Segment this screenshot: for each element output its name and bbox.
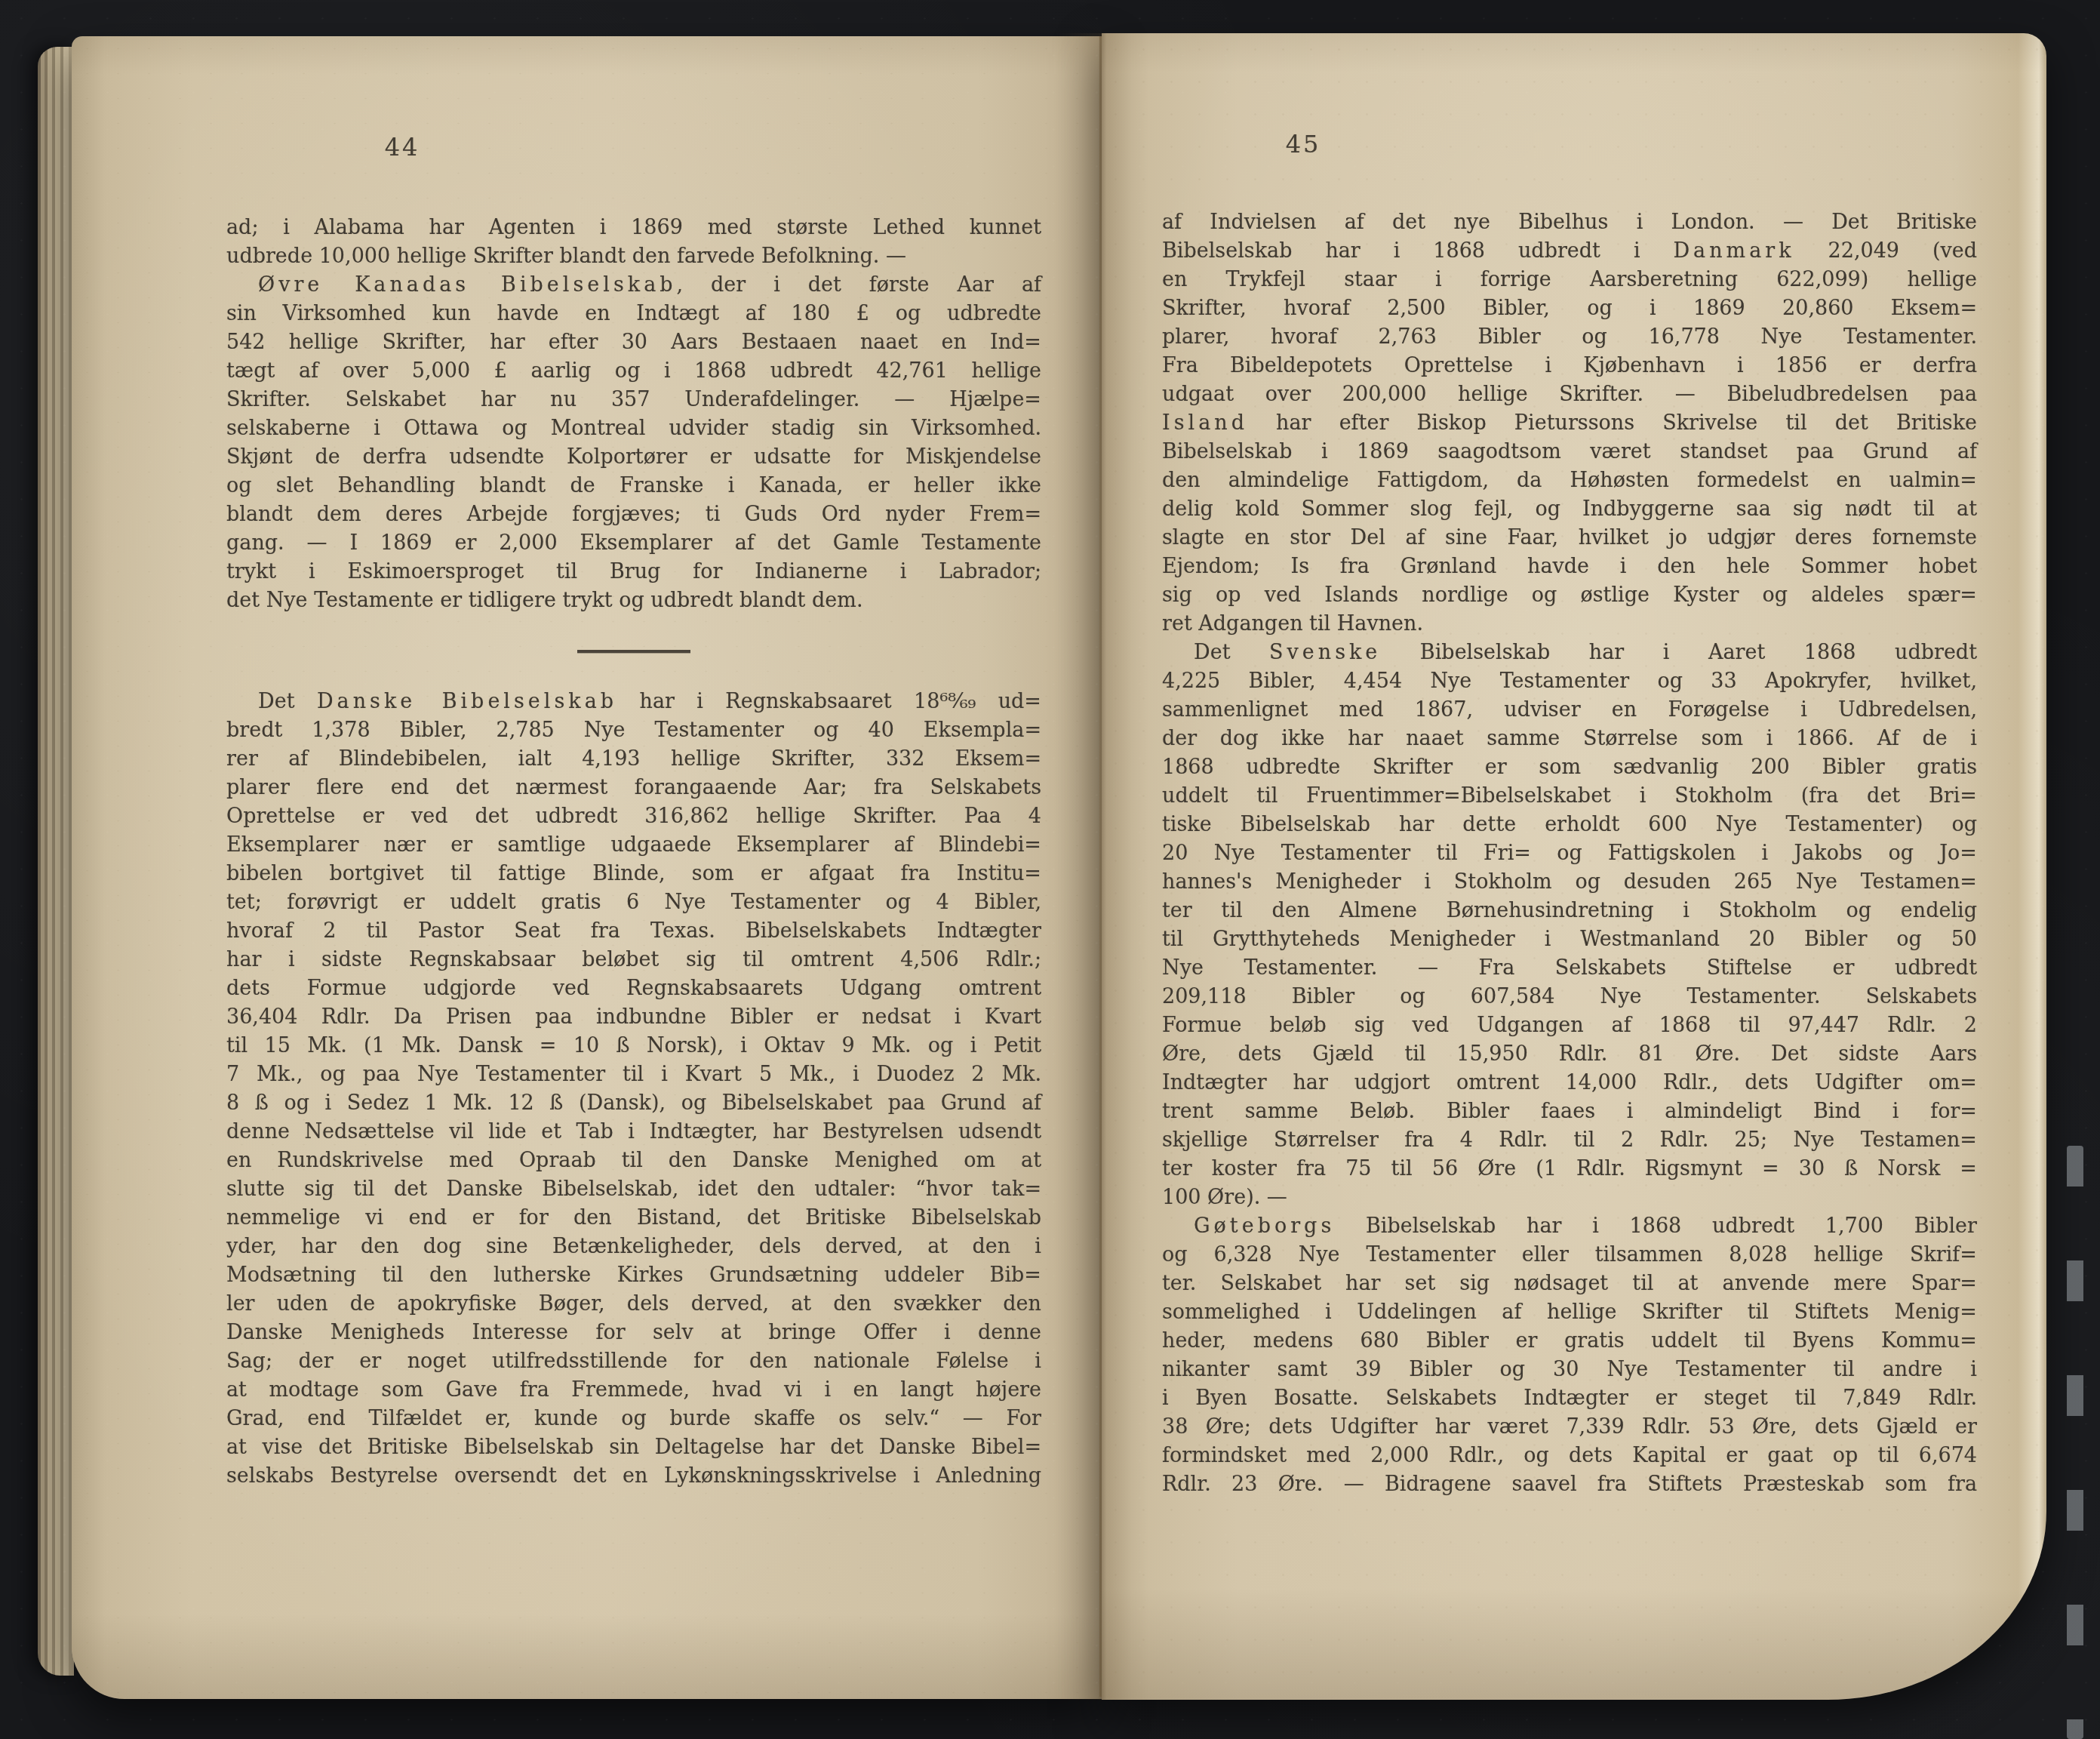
text-line: tet; forøvrigt er uddelt gratis 6 Nye Te…	[226, 888, 1041, 917]
text-line: ret Adgangen til Havnen.	[1162, 610, 1977, 639]
text-line: ad; i Alabama har Agenten i 1869 med stø…	[226, 214, 1041, 242]
text-line: og 6,328 Nye Testamenter eller tilsammen…	[1162, 1241, 1977, 1270]
text-line: Skrifter. Selskabet har nu 357 Underafde…	[226, 386, 1041, 414]
text-line: en Trykfejl staar i forrige Aarsberetnin…	[1162, 266, 1977, 294]
text-line: 36,404 Rdlr. Da Prisen paa indbundne Bib…	[226, 1003, 1041, 1032]
text-line: af Indvielsen af det nye Bibelhus i Lond…	[1162, 208, 1977, 237]
text-line: til 15 Mk. (1 Mk. Dansk = 10 ß Norsk), i…	[226, 1032, 1041, 1060]
letterspaced-name: Danske Bibelselskab	[317, 690, 617, 713]
text-line: yder, har den dog sine Betænkeligheder, …	[226, 1233, 1041, 1261]
text-line: at vise det Britiske Bibelselskab sin De…	[226, 1433, 1041, 1462]
text-line: Gøteborgs Bibelselskab har i 1868 udbred…	[1162, 1212, 1977, 1241]
text-column-right: af Indvielsen af det nye Bibelhus i Lond…	[1162, 208, 1977, 1499]
text-line: Bibelselskab har i 1868 udbredt i Danmar…	[1162, 237, 1977, 266]
text-line: Bibelselskab i 1869 saagodtsom været sta…	[1162, 438, 1977, 466]
text-line: plarer flere end det nærmest forangaaend…	[226, 774, 1041, 802]
text-line: nemmelige vi end er for den Bistand, det…	[226, 1204, 1041, 1233]
text-line: nikanter samt 39 Bibler og 30 Nye Testam…	[1162, 1356, 1977, 1384]
text-line: og slet Behandling blandt de Franske i K…	[226, 472, 1041, 500]
text-line: ter koster fra 75 til 56 Øre (1 Rdlr. Ri…	[1162, 1155, 1977, 1183]
letterspaced-name: Danmark	[1673, 239, 1794, 263]
text-line: Indtægter har udgjort omtrent 14,000 Rdl…	[1162, 1069, 1977, 1097]
text-line: 209,118 Bibler og 607,584 Nye Testamente…	[1162, 983, 1977, 1011]
letterspaced-name: Island	[1162, 411, 1248, 435]
text-line: Nye Testamenter. — Fra Selskabets Stifte…	[1162, 954, 1977, 983]
strap-stitching	[2067, 1146, 2083, 1739]
text-line: trent samme Beløb. Bibler faaes i almind…	[1162, 1097, 1977, 1126]
text-line: dets Formue udgjorde ved Regnskabsaarets…	[226, 974, 1041, 1003]
letterspaced-name: Svenske	[1269, 641, 1381, 664]
text-line: delig kold Sommer slog fejl, og Indbygge…	[1162, 495, 1977, 524]
text-line: slagte en stor Del af sine Faar, hvilket…	[1162, 524, 1977, 552]
text-line: tiske Bibelselskab har dette erholdt 600…	[1162, 811, 1977, 839]
text-line: trykt i Eskimoersproget til Brug for Ind…	[226, 558, 1041, 586]
text-line: ter til den Almene Børnehusindretning i …	[1162, 897, 1977, 925]
text-line: Modsætning til den lutherske Kirkes Grun…	[226, 1261, 1041, 1290]
text-line: uddelt til Fruentimmer=Bibelselskabet i …	[1162, 782, 1977, 811]
text-line: 20 Nye Testamenter til Fri= og Fattigsko…	[1162, 839, 1977, 868]
text-line: 1868 udbredte Skrifter er som sædvanlig …	[1162, 753, 1977, 782]
text-line: den almindelige Fattigdom, da Høhøsten f…	[1162, 466, 1977, 495]
text-line: udbrede 10,000 hellige Skrifter blandt d…	[226, 242, 1041, 271]
text-line: slutte sig til det Danske Bibelselskab, …	[226, 1175, 1041, 1204]
text-line: Det Danske Bibelselskab har i Regnskabsa…	[226, 688, 1041, 716]
text-line: til Grytthyteheds Menigheder i Westmanla…	[1162, 925, 1977, 954]
text-line: i Byen Bosatte. Selskabets Indtægter er …	[1162, 1384, 1977, 1413]
text-line: Eksemplarer nær er samtlige udgaaede Eks…	[226, 831, 1041, 860]
text-line: hannes's Menigheder i Stokholm og desude…	[1162, 868, 1977, 897]
text-line: Grad, end Tilfældet er, kunde og burde s…	[226, 1405, 1041, 1433]
text-line: sommelighed i Uddelingen af hellige Skri…	[1162, 1298, 1977, 1327]
text-line: Danske Menigheds Interesse for selv at b…	[226, 1319, 1041, 1347]
text-line: 7 Mk., og paa Nye Testamenter til i Kvar…	[226, 1060, 1041, 1089]
text-line: ler uden de apokryfiske Bøger, dels derv…	[226, 1290, 1041, 1319]
text-line: at modtage som Gave fra Fremmede, hvad v…	[226, 1376, 1041, 1405]
text-line: sammenlignet med 1867, udviser en Forøge…	[1162, 696, 1977, 725]
text-line: formindsket med 2,000 Rdlr., og dets Kap…	[1162, 1442, 1977, 1470]
text-line: sig op ved Islands nordlige og østlige K…	[1162, 581, 1977, 610]
text-line: Øvre Kanadas Bibelselskab, der i det før…	[226, 271, 1041, 300]
text-line: Skjønt de derfra udsendte Kolportører er…	[226, 443, 1041, 472]
text-line: blandt dem deres Arbejde forgjæves; ti G…	[226, 500, 1041, 529]
text-line: der dog ikke har naaet samme Størrelse s…	[1162, 725, 1977, 753]
text-line: Fra Bibeldepotets Oprettelse i Kjøbenhav…	[1162, 352, 1977, 380]
text-line: selskabs Bestyrelse oversendt det en Lyk…	[226, 1462, 1041, 1491]
text-line: gang. — I 1869 er 2,000 Eksemplarer af d…	[226, 529, 1041, 558]
text-line: Skrifter, hvoraf 2,500 Bibler, og i 1869…	[1162, 294, 1977, 323]
text-line: har i sidste Regnskabsaar beløbet sig ti…	[226, 946, 1041, 974]
photo-backdrop: 44 45 ad; i Alabama har Agenten i 1869 m…	[0, 0, 2100, 1739]
text-line: Island har efter Biskop Pieturssons Skri…	[1162, 409, 1977, 438]
letterspaced-name: Gøteborgs	[1194, 1214, 1335, 1238]
text-line: bredt 1,378 Bibler, 2,785 Nye Testamente…	[226, 716, 1041, 745]
page-stack-left-edge	[38, 47, 74, 1676]
text-line: Oprettelse er ved det udbredt 316,862 he…	[226, 802, 1041, 831]
letterspaced-name: Øvre Kanadas Bibelselskab	[258, 273, 677, 297]
text-line: denne Nedsættelse vil lide et Tab i Indt…	[226, 1118, 1041, 1147]
section-divider-row	[226, 615, 1041, 688]
text-line: Rdlr. 23 Øre. — Bidragene saavel fra Sti…	[1162, 1470, 1977, 1499]
text-line: Det Svenske Bibelselskab har i Aaret 186…	[1162, 639, 1977, 667]
text-line: hvoraf 2 til Pastor Seat fra Texas. Bibe…	[226, 917, 1041, 946]
text-line: 100 Øre). —	[1162, 1183, 1977, 1212]
section-divider-rule	[577, 650, 690, 654]
text-line: Ejendom; Is fra Grønland havde i den hel…	[1162, 552, 1977, 581]
text-line: selskaberne i Ottawa og Montreal udvider…	[226, 414, 1041, 443]
text-column-left: ad; i Alabama har Agenten i 1869 med stø…	[226, 214, 1041, 1491]
text-line: Formue beløb sig ved Udgangen af 1868 ti…	[1162, 1011, 1977, 1040]
text-line: sin Virksomhed kun havde en Indtægt af 1…	[226, 300, 1041, 328]
text-line: plarer, hvoraf 2,763 Bibler og 16,778 Ny…	[1162, 323, 1977, 352]
text-line: heder, medens 680 Bibler er gratis uddel…	[1162, 1327, 1977, 1356]
text-line: udgaat over 200,000 hellige Skrifter. — …	[1162, 380, 1977, 409]
text-line: 4,225 Bibler, 4,454 Nye Testamenter og 3…	[1162, 667, 1977, 696]
text-line: bibelen bortgivet til fattige Blinde, so…	[226, 860, 1041, 888]
page-number-right: 45	[1269, 130, 1337, 159]
text-line: Sag; der er noget utilfredsstillende for…	[226, 1347, 1041, 1376]
page-number-left: 44	[368, 133, 436, 162]
text-line: ter. Selskabet har set sig nødsaget til …	[1162, 1270, 1977, 1298]
text-line: 542 hellige Skrifter, har efter 30 Aars …	[226, 328, 1041, 357]
text-line: tægt af over 5,000 £ aarlig og i 1868 ud…	[226, 357, 1041, 386]
text-line: skjellige Størrelser fra 4 Rdlr. til 2 R…	[1162, 1126, 1977, 1155]
text-line: 38 Øre; dets Udgifter har været 7,339 Rd…	[1162, 1413, 1977, 1442]
text-line: Øre, dets Gjæld til 15,950 Rdlr. 81 Øre.…	[1162, 1040, 1977, 1069]
text-line: det Nye Testamente er tidligere trykt og…	[226, 586, 1041, 615]
text-line: rer af Blindebibelen, ialt 4,193 hellige…	[226, 745, 1041, 774]
text-line: en Rundskrivelse med Opraab til den Dans…	[226, 1147, 1041, 1175]
text-line: 8 ß og i Sedez 1 Mk. 12 ß (Dansk), og Bi…	[226, 1089, 1041, 1118]
